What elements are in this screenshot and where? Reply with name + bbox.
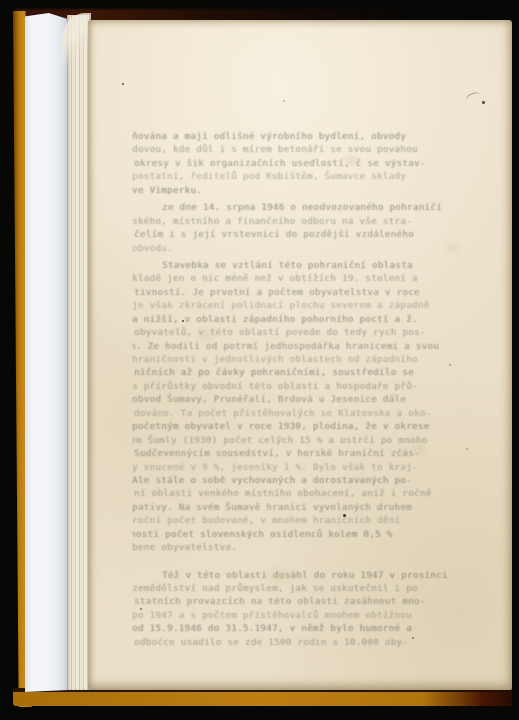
typewritten-line: n. Ze hodili od potrmí jedhospodářka hra… (132, 340, 466, 353)
typewritten-line: a nižší, v oblasti západního pohorního p… (132, 313, 468, 326)
typewritten-line: ničních až po čávky pohraničními, soustř… (134, 366, 468, 379)
typewritten-line: kladě jen o nic méně než v obtížích 19. … (132, 272, 468, 285)
paragraph: Též v této oblasti dosáhl do roku 1947 v… (132, 569, 468, 650)
typewritten-line: obvodu. (132, 242, 468, 255)
typewritten-line: ského, místního a finančního odboru na v… (132, 215, 468, 228)
book-page: ňována a mají odlišné výrobního bydlení,… (88, 20, 512, 690)
page-stack-white-edges (25, 13, 68, 692)
typewritten-line: s přírůstky obvodní této oblasti a hospo… (132, 380, 468, 393)
typewritten-line: čelím i s její vrstevnicí do pozdější vz… (134, 228, 468, 241)
typewritten-line: bene obyvatelstva. (132, 541, 468, 554)
typewritten-line: obyvatelů, v této oblasti povede do tedy… (134, 326, 468, 339)
typewritten-line: Sudčevennýcím sousedství, v horské hrani… (134, 447, 468, 460)
typewritten-line: Ale stále o sobě vychovaných a dorostava… (132, 474, 468, 487)
typewritten-line: ňována a mají odlišné výrobního bydlení,… (132, 130, 468, 143)
typewritten-line: hraničností v jednotlivých oblastech od … (132, 353, 468, 366)
typewritten-line: Stavebka se vztlání této pohraniční obla… (132, 259, 468, 272)
page-stack-fore-edge (67, 15, 89, 690)
paragraph: Stavebka se vztlání této pohraniční obla… (132, 259, 468, 555)
typewritten-line: statních provazcích na této oblasti zasá… (134, 595, 468, 608)
paragraph: ze dne 14. srpna 1946 o neodvozovaného p… (132, 201, 468, 255)
typewritten-line: okresy v šik organizačních usedlostí, č … (134, 157, 468, 170)
typewritten-line: po 1947 a s počtem přistěhovalců mnohem … (132, 609, 468, 622)
typewritten-line: je však zkrácení polidnací plochu severe… (132, 299, 468, 312)
typewritten-line: em Šumly (1930) počet celých 15 % a ustr… (132, 434, 466, 447)
typewritten-line: y vnucené v 9 %, jeseníky 1 %. Bylo však… (132, 461, 468, 474)
typewritten-line: ní oblasti venkého místního obohacení, a… (134, 487, 468, 500)
typewritten-line: od 15.9.1946 do 31.5.1947, v němž bylo h… (132, 622, 468, 635)
book-cover-bottom-edge (13, 688, 512, 706)
typewritten-line: ve Vimperku. (132, 184, 468, 197)
typewritten-line: dovou, kde důl i s mírem betonáři se svo… (132, 143, 468, 156)
typewritten-line: dováno. Ta počet přistěhovalých se Klato… (134, 407, 468, 420)
typewritten-line: roční počet budované, v mnohem hraničníc… (132, 514, 468, 527)
scanned-book-page: ňována a mají odlišné výrobního bydlení,… (0, 0, 519, 720)
typewritten-line: obvod Šumavy, Prunéřalí, Brdová u Jeseni… (132, 393, 468, 406)
typewritten-text-block: ňována a mají odlišné výrobního bydlení,… (132, 130, 468, 649)
typewritten-line: Též v této oblasti dosáhl do roku 1947 v… (132, 569, 468, 582)
typewritten-line: početným obyvatel v roce 1930, plodina, … (132, 420, 468, 433)
typewritten-line: pativy. Na svém Šumavě hranici vyvolanýc… (132, 501, 468, 514)
typewritten-line: odbočce usadilo se zde 1500 rodin s 10.0… (134, 636, 468, 649)
typewritten-line: zemědělství nad průmyslem, jak se uskute… (132, 582, 468, 595)
paragraph: ňována a mají odlišné výrobního bydlení,… (132, 130, 468, 197)
typewritten-line: postatní, ředitelů pod Kubištěm, Šumavce… (132, 170, 468, 183)
typewritten-line: ze dne 14. srpna 1946 o neodvozovaného p… (132, 201, 468, 214)
typewritten-line: tivností. Je prvotní a počtem obyvatelst… (134, 286, 468, 299)
typewritten-line: nosti počet slovenských osídlenců kolem … (132, 528, 466, 541)
